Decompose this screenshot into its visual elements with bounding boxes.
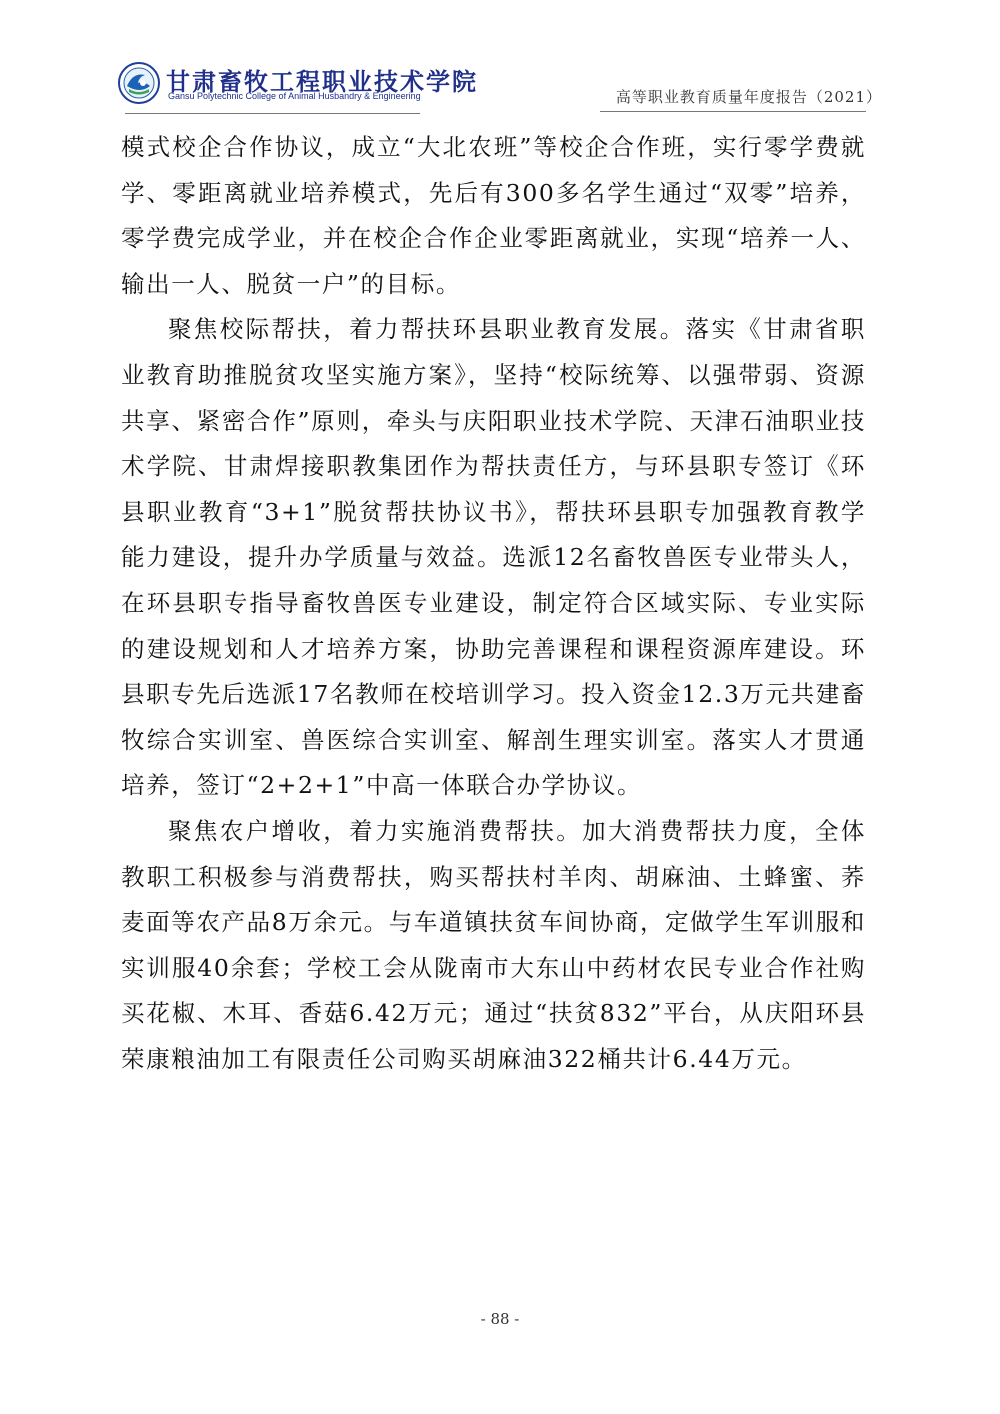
document-body: 模式校企合作协议，成立“大北农班”等校企合作班，实行零学费就学、零距离就业培养模… [121,125,866,1082]
report-title: 高等职业教育质量年度报告（2021） [616,86,882,107]
paragraph-3: 聚焦农户增收，着力实施消费帮扶。加大消费帮扶力度，全体教职工积极参与消费帮扶，购… [121,809,866,1083]
college-emblem-icon [118,62,160,104]
header-divider-left [125,113,420,114]
paragraph-2: 聚焦校际帮扶，着力帮扶环县职业教育发展。落实《甘肃省职业教育助推脱贫攻坚实施方案… [121,307,866,809]
page-number: - 88 - [0,1310,1000,1328]
paragraph-1: 模式校企合作协议，成立“大北农班”等校企合作班，实行零学费就学、零距离就业培养模… [121,125,866,307]
header-divider-right [600,111,866,112]
school-name-en: Gansu Polytechnic College of Animal Husb… [168,91,421,101]
